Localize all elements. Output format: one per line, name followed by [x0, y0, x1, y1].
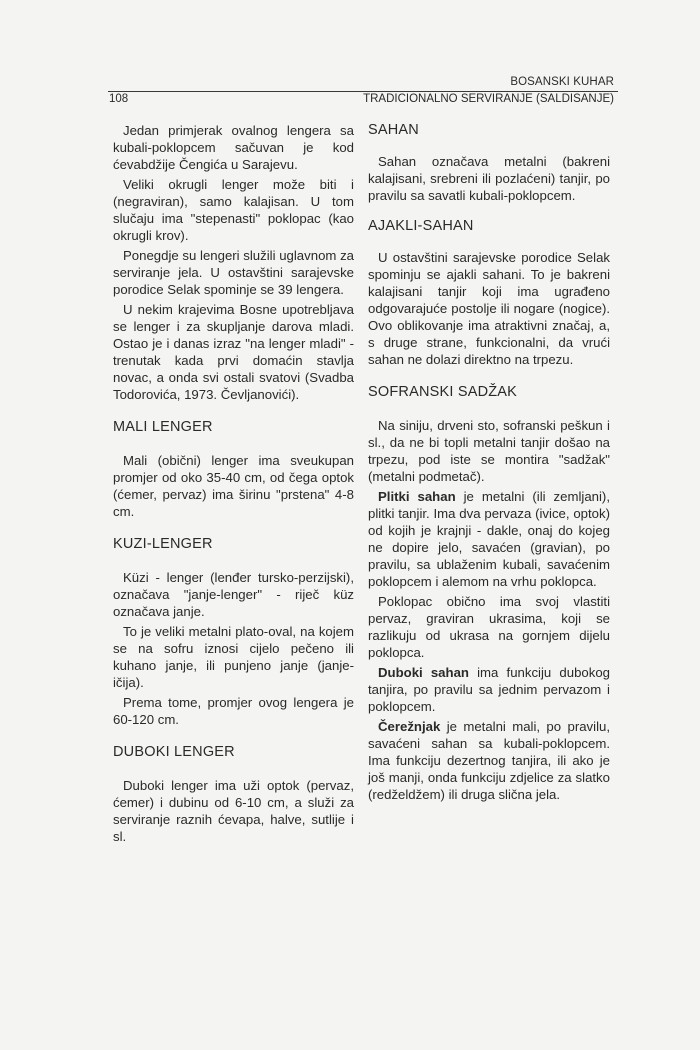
paragraph: U ostavštini sarajevske porodice Selak s…: [368, 249, 610, 368]
paragraph: Duboki lenger ima uži optok (pervaz, ćem…: [113, 777, 354, 845]
term-duboki-sahan: Duboki sahan: [378, 665, 469, 680]
paragraph: Na siniju, drveni sto, sofranski peškun …: [368, 417, 610, 485]
paragraph: Poklopac obično ima svoj vlastiti pervaz…: [368, 593, 610, 661]
paragraph: Jedan primjerak ovalnog lengera sa kubal…: [113, 122, 354, 173]
paragraph-duboki-sahan: Duboki sahan ima funkciju dubokog tanjir…: [368, 664, 610, 715]
paragraph-cereznjak: Čerežnjak je metalni mali, po pravilu, s…: [368, 718, 610, 803]
heading-mali-lenger: MALI LENGER: [113, 419, 354, 436]
heading-sahan: SAHAN: [368, 122, 610, 139]
section-title: TRADICIONALNO SERVIRANJE (SALDISANJE): [363, 93, 614, 105]
term-plitki-sahan: Plitki sahan: [378, 489, 456, 504]
paragraph: Sahan označava metalni (bakreni kalajisa…: [368, 153, 610, 204]
heading-kuzi-lenger: KUZI-LENGER: [113, 536, 354, 553]
paragraph: Küzi - lenger (lenđer tursko-perzijski),…: [113, 569, 354, 620]
header-rule: [108, 91, 618, 92]
paragraph: Ponegdje su lengeri služili uglavnom za …: [113, 247, 354, 298]
paragraph: Mali (obični) lenger ima sveukupan promj…: [113, 452, 354, 520]
heading-duboki-lenger: DUBOKI LENGER: [113, 744, 354, 761]
paragraph-plitki-sahan: Plitki sahan je metalni (ili zemljani), …: [368, 488, 610, 590]
heading-sofranski-sadzak: SOFRANSKI SADŽAK: [368, 384, 610, 401]
page-number: 108: [109, 93, 128, 105]
paragraph: To je veliki metalni plato-oval, na koje…: [113, 623, 354, 691]
heading-ajakli-sahan: AJAKLI-SAHAN: [368, 218, 610, 235]
paragraph: U nekim krajevima Bosne upotrebljava se …: [113, 301, 354, 403]
running-title: BOSANSKI KUHAR: [510, 76, 614, 88]
term-cereznjak: Čerežnjak: [378, 719, 440, 734]
right-column: SAHAN Sahan označava metalni (bakreni ka…: [368, 122, 610, 806]
paragraph: Prema tome, promjer ovog lengera je 60-1…: [113, 694, 354, 728]
left-column: Jedan primjerak ovalnog lengera sa kubal…: [113, 122, 354, 848]
paragraph: Veliki okrugli lenger može biti i (negra…: [113, 176, 354, 244]
